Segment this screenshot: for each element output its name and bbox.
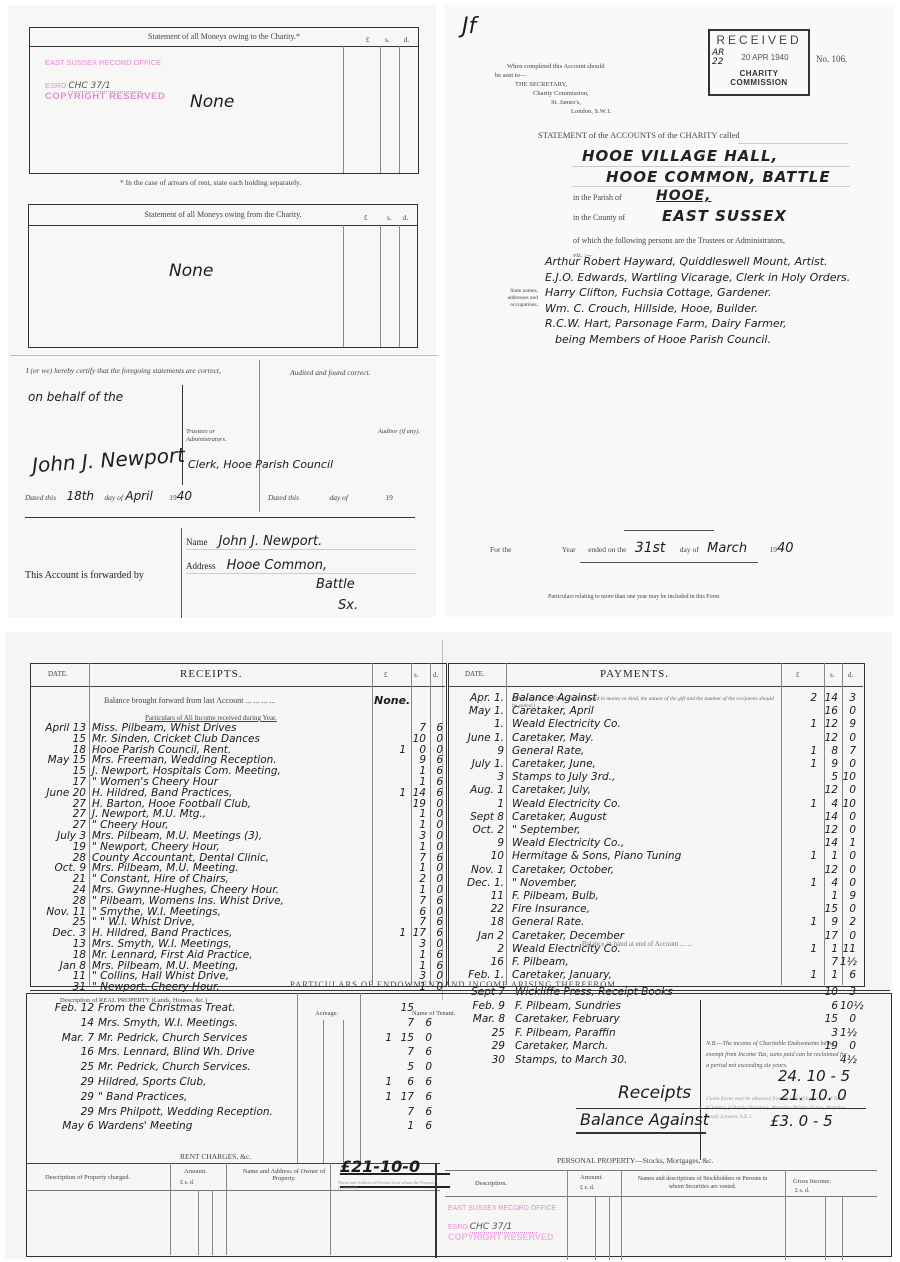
row-date: 18: [450, 916, 504, 928]
row-shillings: 7: [820, 956, 838, 968]
row-shillings: 5: [820, 771, 838, 783]
row-date: 9: [450, 837, 504, 849]
row-pounds: 1: [378, 1076, 392, 1088]
receipts-title: RECEIPTS.: [180, 668, 242, 680]
charity-name-1: HOOE VILLAGE HALL,: [582, 147, 778, 165]
row-date: 16: [32, 1046, 94, 1058]
receipts-summary-total: 21. 10. 0: [780, 1086, 847, 1104]
trustee-6: being Members of Hooe Parish Council.: [545, 332, 850, 348]
row-shillings: 12: [820, 784, 838, 796]
row-description: Caretaker, August: [512, 811, 606, 823]
row-date: 29: [32, 1076, 94, 1088]
row-pounds: 2: [803, 692, 817, 704]
row-shillings: 7: [396, 1106, 414, 1118]
row-pence: 0: [416, 1061, 432, 1073]
row-pence: 0: [840, 705, 856, 717]
row-pence: 6: [416, 1091, 432, 1103]
trustee-4: Wm. C. Crouch, Hillside, Hooe, Builder.: [545, 301, 850, 317]
row-date: 16: [450, 956, 504, 968]
row-date: 29: [32, 1106, 94, 1118]
row-shillings: 1: [396, 1120, 414, 1132]
row-pounds: 1: [803, 758, 817, 770]
row-date: Feb. 12: [32, 1002, 94, 1014]
row-pence: 0: [840, 784, 856, 796]
audit-text: Audited and found correct.: [290, 368, 371, 377]
owing-from-value: None: [169, 261, 213, 281]
row-description: Caretaker, June,: [512, 758, 596, 770]
trustee-3: Harry Clifton, Fuchsia Cottage, Gardener…: [545, 285, 850, 301]
form-number: No. 106.: [816, 54, 847, 64]
trustees-label: Trustees or Administrators.: [186, 428, 256, 444]
forwarded-name: Name John J. Newport.: [186, 530, 416, 550]
trustees-label: of which the following persons are the T…: [573, 236, 785, 245]
certify-text: I (or we) hereby certify that the forego…: [26, 366, 256, 375]
row-pounds: 1: [803, 850, 817, 862]
row-pence: 0: [840, 903, 856, 915]
row-pence: 2: [840, 916, 856, 928]
statement-label: STATEMENT of the ACCOUNTS of the CHARITY…: [538, 130, 740, 140]
row-date: 14: [32, 1017, 94, 1029]
row-description: Wardens' Meeting: [98, 1120, 192, 1132]
trustee-5: R.C.W. Hart, Parsonage Farm, Dairy Farme…: [545, 316, 850, 332]
row-pounds: 1: [803, 877, 817, 889]
balance-forward-label: Balance brought forward from last Accoun…: [104, 696, 275, 705]
row-pounds: 1: [803, 745, 817, 757]
row-date: Mar. 7: [32, 1032, 94, 1044]
row-pence: 0: [840, 758, 856, 770]
row-pence: 0: [840, 811, 856, 823]
row-pence: 6: [416, 1106, 432, 1118]
row-pence: 0: [840, 877, 856, 889]
owing-from-box: Statement of all Moneys owing from the C…: [28, 204, 418, 348]
row-shillings: 7: [396, 1017, 414, 1029]
balance-forward-value: None.: [374, 694, 410, 707]
initials: Jf: [462, 14, 476, 39]
certify-date: Dated this 18th day of April 1940: [25, 489, 192, 503]
trustees-list: Arthur Robert Hayward, Quiddleswell Moun…: [545, 254, 850, 347]
row-pence: 9: [840, 890, 856, 902]
row-date: 1.: [450, 718, 504, 730]
personal-property-title: PERSONAL PROPERTY—Stocks, Mortgages, &c.: [557, 1156, 713, 1165]
row-description: General Rate.: [512, 916, 584, 928]
balance-against-value: £3. 0 - 5: [770, 1112, 833, 1130]
trustees-side-note: State names, addresses and occupations.: [488, 288, 538, 309]
row-description: From the Christmas Treat.: [98, 1002, 235, 1014]
row-pence: 6: [416, 1046, 432, 1058]
row-shillings: 4: [820, 798, 838, 810]
row-date: June 1.: [450, 732, 504, 744]
row-shillings: 7: [396, 1046, 414, 1058]
row-date: 9: [450, 745, 504, 757]
row-pence: 0: [840, 732, 856, 744]
row-shillings: 12: [820, 732, 838, 744]
balance-in-hand-label: Balance in hand at end of Account ... ..…: [582, 940, 692, 948]
row-shillings: 12: [820, 864, 838, 876]
row-shillings: 12: [820, 824, 838, 836]
row-shillings: 16: [820, 705, 838, 717]
row-date: 2: [450, 943, 504, 955]
row-pence: 6: [416, 1017, 432, 1029]
row-pounds: 1: [803, 718, 817, 730]
row-date: Aug. 1: [450, 784, 504, 796]
row-date: 3: [450, 771, 504, 783]
row-description: " November,: [512, 877, 577, 889]
received-stamp: RECEIVED AR 22 20 APR 1940 CHARITY COMMI…: [708, 29, 810, 96]
row-description: Stamps to July 3rd.,: [512, 771, 615, 783]
owing-from-title: Statement of all Moneys owing from the C…: [29, 210, 417, 219]
row-pence: 6: [416, 1076, 432, 1088]
row-pounds: 1: [392, 787, 406, 799]
row-description: Mrs Philpott, Wedding Reception.: [98, 1106, 273, 1118]
row-shillings: 1: [820, 890, 838, 902]
row-description: " Newport, Cheery Hour,: [92, 981, 220, 993]
payments-title: PAYMENTS.: [600, 668, 669, 680]
row-description: Fire Insurance,: [512, 903, 590, 915]
row-pence: 6: [416, 1120, 432, 1132]
row-shillings: 14: [820, 692, 838, 704]
receipts-col-date: DATE.: [48, 670, 68, 678]
row-date: Oct. 2: [450, 824, 504, 836]
row-pence: 1½: [840, 956, 856, 968]
row-description: " Band Practices,: [98, 1091, 187, 1103]
row-pounds: 1: [803, 798, 817, 810]
row-pence: 0: [840, 930, 856, 942]
row-description: Weald Electricity Co.,: [512, 837, 624, 849]
row-description: Mr. Pedrick, Church Services.: [98, 1061, 251, 1073]
row-shillings: 1: [820, 943, 838, 955]
row-pence: 3: [840, 692, 856, 704]
row-pence: 0: [840, 850, 856, 862]
owing-to-title: Statement of all Moneys owing to the Cha…: [30, 32, 418, 41]
row-description: Caretaker, May.: [512, 732, 594, 744]
row-pounds: 1: [378, 1091, 392, 1103]
row-description: Hermitage & Sons, Piano Tuning: [512, 850, 681, 862]
row-shillings: 15: [396, 1002, 414, 1014]
row-shillings: 9: [820, 916, 838, 928]
trustee-2: E.J.O. Edwards, Wartling Vicarage, Clerk…: [545, 270, 850, 286]
certify-handwritten: on behalf of the: [28, 390, 148, 405]
forwarded-label: This Account is forwarded by: [25, 570, 144, 581]
row-date: Sept 8: [450, 811, 504, 823]
parish: HOOE,: [656, 188, 711, 204]
particulars-income-label: Particulars of All Income received durin…: [145, 714, 277, 722]
row-shillings: 15: [820, 903, 838, 915]
auditor-label: Auditor (if any).: [360, 428, 420, 435]
row-shillings: 14: [820, 811, 838, 823]
row-date: Dec. 1.: [450, 877, 504, 889]
row-description: Hildred, Sports Club,: [98, 1076, 206, 1088]
row-date: 11: [450, 890, 504, 902]
role-handwritten: Clerk, Hooe Parish Council: [188, 458, 368, 471]
row-pence: 9: [840, 718, 856, 730]
row-pence: 0: [840, 864, 856, 876]
row-description: Balance Against: [512, 692, 597, 704]
row-pence: 11: [840, 943, 856, 955]
row-shillings: 17: [396, 1091, 414, 1103]
row-pounds: 1: [392, 744, 406, 756]
row-date: May 1.: [450, 705, 504, 717]
row-pence: 10: [840, 771, 856, 783]
row-date: 10: [450, 850, 504, 862]
row-description: Caretaker, July,: [512, 784, 591, 796]
row-date: Jan 2: [450, 930, 504, 942]
row-shillings: 12: [820, 718, 838, 730]
row-date: 31: [32, 981, 86, 993]
row-description: F. Pilbeam, Bulb,: [512, 890, 599, 902]
row-description: " September,: [512, 824, 581, 836]
row-description: Mrs. Smyth, W.I. Meetings.: [98, 1017, 238, 1029]
payments-table: [448, 663, 865, 987]
row-date: 29: [32, 1091, 94, 1103]
row-description: F. Pilbeam,: [512, 956, 569, 968]
row-pence: 10: [840, 798, 856, 810]
row-shillings: 9: [820, 758, 838, 770]
row-pounds: 1: [803, 943, 817, 955]
row-shillings: 17: [820, 930, 838, 942]
row-shillings: 14: [820, 837, 838, 849]
row-date: 22: [450, 903, 504, 915]
row-shillings: 1: [820, 850, 838, 862]
trustee-1: Arthur Robert Hayward, Quiddleswell Moun…: [545, 254, 850, 270]
row-shillings: 15: [396, 1032, 414, 1044]
row-pence: 0: [416, 1032, 432, 1044]
owing-to-box: Statement of all Moneys owing to the Cha…: [29, 27, 419, 174]
send-to: When completed this Account should be se…: [495, 62, 612, 116]
county: EAST SUSSEX: [662, 207, 787, 225]
receipts-summary-label: Receipts: [618, 1083, 691, 1103]
payments-col-date: DATE.: [465, 670, 485, 678]
row-pounds: 1: [392, 927, 406, 939]
particulars-note: Particulars relating to more than one ye…: [548, 594, 721, 600]
row-date: Nov. 1: [450, 864, 504, 876]
balance-against-label: Balance Against: [580, 1110, 709, 1129]
row-description: Mr. Pedrick, Church Services: [98, 1032, 247, 1044]
period: For the Year ended on the 31st day of Ma…: [490, 540, 890, 556]
row-date: 1: [450, 798, 504, 810]
archive-stamp: EAST SUSSEX RECORD OFFICE ESRO CHC 37/1 …: [45, 58, 165, 102]
forwarded-address: Address Hooe Common,: [186, 554, 416, 574]
owing-to-value: None: [190, 92, 234, 112]
total-payments: 24. 10 - 5: [778, 1067, 850, 1085]
row-date: Apr. 1.: [450, 692, 504, 704]
row-shillings: 8: [820, 745, 838, 757]
row-pounds: 1: [803, 916, 817, 928]
row-shillings: 6: [396, 1076, 414, 1088]
row-pounds: 1: [803, 969, 817, 981]
row-pence: 0: [840, 824, 856, 836]
row-description: Caretaker, April: [512, 705, 594, 717]
row-pence: 6: [840, 969, 856, 981]
row-description: Weald Electricity Co.: [512, 718, 621, 730]
owing-to-footnote: * In the case of arrears of rent, state …: [120, 178, 301, 187]
row-shillings: 1: [820, 969, 838, 981]
row-description: Caretaker, October,: [512, 864, 614, 876]
row-pence: 1: [840, 837, 856, 849]
endowment-title: PARTICULARS OF ENDOWMENT AND INCOME ARIS…: [290, 979, 619, 989]
row-pounds: 1: [378, 1032, 392, 1044]
rent-charges-title: RENT CHARGES, &c.: [180, 1152, 251, 1161]
row-shillings: 4: [820, 877, 838, 889]
row-shillings: 5: [396, 1061, 414, 1073]
archive-stamp-2: EAST SUSSEX RECORD OFFICE ESRO CHC 37/1 …: [448, 1205, 556, 1242]
row-description: Mrs. Lennard, Blind Wh. Drive: [98, 1046, 255, 1058]
audit-date: Dated this day of 19: [268, 493, 393, 502]
row-date: July 1.: [450, 758, 504, 770]
row-date: 25: [32, 1061, 94, 1073]
row-description: Weald Electricity Co.: [512, 798, 621, 810]
row-description: General Rate,: [512, 745, 584, 757]
charity-name-2: HOOE COMMON, BATTLE: [606, 168, 831, 186]
row-pence: 7: [840, 745, 856, 757]
row-date: May 6: [32, 1120, 94, 1132]
